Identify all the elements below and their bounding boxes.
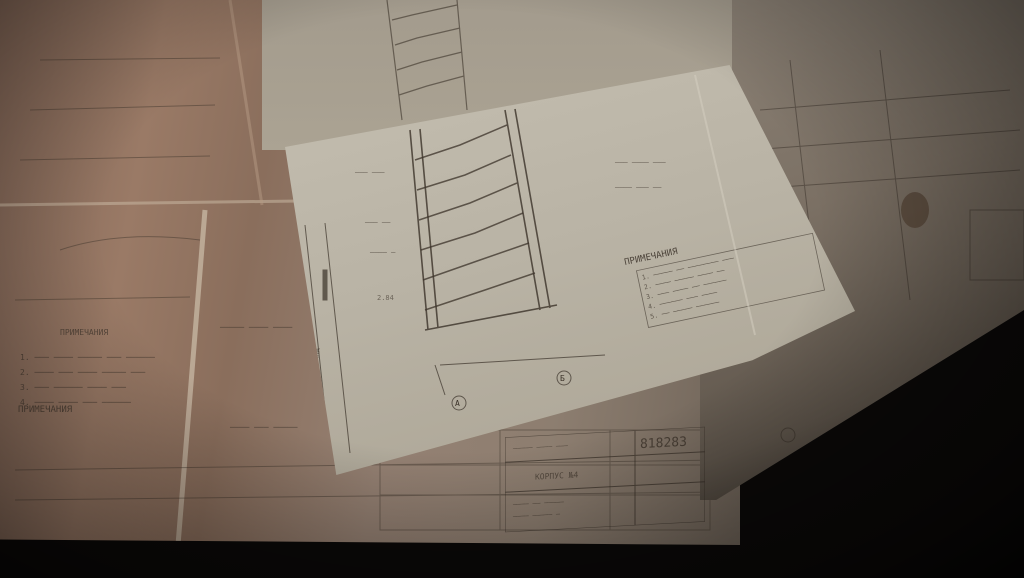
svg-text:2.84: 2.84 xyxy=(377,294,394,302)
svg-text:───── ──── ───: ───── ──── ─── xyxy=(512,442,568,453)
photo-scene: ПРИМЕЧАНИЯ 1. ─── ──── ───── ─── ────── … xyxy=(0,0,1024,578)
grid-marker-a: А xyxy=(455,399,460,408)
svg-text:─── ──: ─── ── xyxy=(364,219,391,227)
svg-text:─── ──── ───: ─── ──── ─── xyxy=(614,159,666,167)
svg-text:───── ──── ────: ───── ──── ──── xyxy=(219,323,292,332)
svg-text:ПРИМЕЧАНИЯ: ПРИМЕЧАНИЯ xyxy=(60,328,108,337)
grid-marker-b: Б xyxy=(560,374,565,383)
svg-text:──── ── ─────: ──── ── ───── xyxy=(512,498,564,509)
svg-text:3. ─── ────── ──── ───: 3. ─── ────── ──── ─── xyxy=(20,383,126,392)
title-block: 818283 КОРПУС №4 ───── ──── ─── ──── ── … xyxy=(505,427,705,532)
svg-text:─── ───: ─── ─── xyxy=(354,169,385,177)
front-notes-heading: ПРИМЕЧАНИЯ xyxy=(624,247,679,268)
left-notes-heading: ПРИМЕЧАНИЯ xyxy=(18,405,72,415)
object-label: КОРПУС №4 xyxy=(535,470,579,481)
svg-text:──── ─── ─────: ──── ─── ───── xyxy=(229,423,298,432)
svg-text:──── ─: ──── ─ xyxy=(369,249,396,257)
sheet-number: 818283 xyxy=(640,435,687,452)
svg-text:──── ─── ──: ──── ─── ── xyxy=(614,184,662,192)
svg-text:2. ──── ─── ──── ───── ───: 2. ──── ─── ──── ───── ─── xyxy=(20,368,145,377)
svg-text:1. ─── ──── ───── ─── ──────: 1. ─── ──── ───── ─── ────── xyxy=(20,353,155,362)
svg-text:──── ───── ─: ──── ───── ─ xyxy=(512,510,560,521)
